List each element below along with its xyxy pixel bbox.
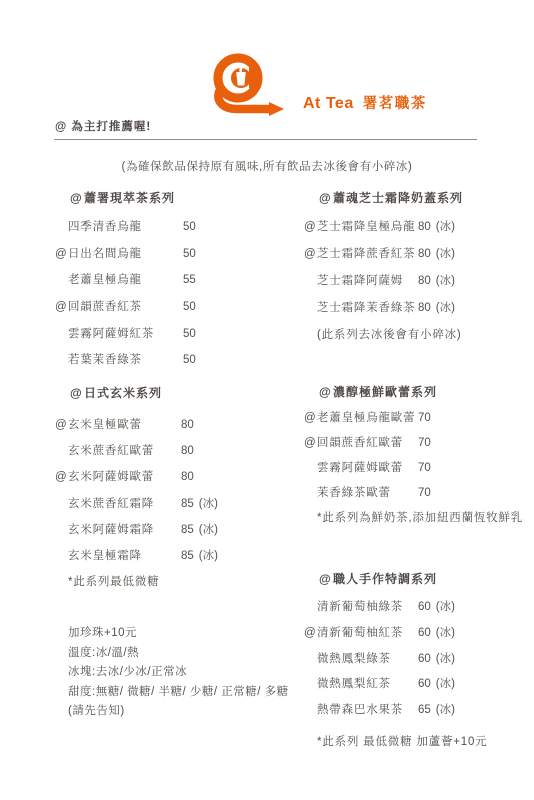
option-sweetness: 甜度:無糖/ 微糖/ 半糖/ 少糖/ 正常糖/ 多糖 (55, 686, 335, 706)
item-ice-tag: (冰) (436, 627, 455, 640)
item-price: 85 (181, 550, 194, 563)
menu-item-row: 雲霧阿薩姆紅茶 50 (55, 328, 303, 355)
menu-item-row: @ 玄米阿薩姆歐蕾 80 (55, 471, 303, 497)
item-name: 玄米蔗香紅歐蕾 (68, 445, 154, 457)
item-name: 茉香綠茶歐蕾 (317, 487, 391, 499)
featured-at-marker: @ (304, 412, 316, 425)
item-price: 80 (181, 419, 194, 432)
item-name: 雲霧阿薩姆歐蕾 (317, 462, 403, 474)
item-price: 65 (418, 704, 431, 717)
featured-at-marker: @ (55, 301, 67, 314)
brand-name-zh: 署茗職茶 (363, 92, 427, 113)
customization-options: 加珍珠+10元 溫度:冰/溫/熱 冰塊:去冰/少冰/正常冰 甜度:無糖/ 微糖/… (55, 627, 335, 725)
item-price: 50 (183, 221, 196, 234)
item-price: 50 (183, 301, 196, 314)
option-ice: 冰塊:去冰/少冰/正常冰 (55, 666, 335, 686)
item-name: 回韻蔗香紅歐蕾 (317, 437, 403, 449)
item-price: 85 (181, 524, 194, 537)
item-name: 老蕭皇極烏龍 (68, 274, 142, 286)
item-price: 60 (418, 653, 431, 666)
item-name: 玄米皇極歐蕾 (68, 419, 142, 431)
item-price: 50 (183, 328, 196, 341)
item-ice-tag: (冰) (436, 678, 455, 691)
menu-item-row: 四季清香烏龍 50 (55, 221, 303, 248)
item-ice-tag: (冰) (436, 704, 455, 717)
brand-name-en: At Tea (303, 95, 354, 113)
item-ice-tag: (冰) (436, 248, 455, 261)
menu-item-row: 玄米阿薩姆霜降 85(冰) (55, 524, 303, 550)
item-price: 55 (183, 274, 196, 287)
item-name: 芝士霜降蔗香紅茶 (317, 248, 415, 260)
item-name: 若葉茉香綠茶 (68, 354, 142, 366)
section-title: @日式玄米系列 (55, 387, 303, 400)
item-price: 80 (181, 471, 194, 484)
item-price: 85 (181, 498, 194, 511)
brand-name: At Tea 署茗職茶 (303, 92, 427, 113)
item-price: 80 (181, 445, 194, 458)
menu-item-row: 清新葡萄柚綠茶 60(冰) (304, 601, 534, 627)
featured-at-marker: @ (319, 192, 333, 205)
item-name: 四季清香烏龍 (68, 221, 142, 233)
item-name: 清新葡萄柚綠茶 (317, 601, 403, 613)
menu-item-row: 玄米皇極霜降 85(冰) (55, 550, 303, 576)
menu-item-row: @ 清新葡萄柚紅茶 60(冰) (304, 627, 534, 653)
item-price: 70 (418, 462, 431, 475)
item-ice-tag: (冰) (436, 653, 455, 666)
item-price: 50 (183, 248, 196, 261)
section-note: *此系列為鮮奶茶,添加紐西蘭恆牧鮮乳 (304, 512, 534, 525)
item-ice-tag: (冰) (199, 550, 218, 563)
item-price: 70 (418, 487, 431, 500)
featured-at-marker: @ (70, 387, 84, 400)
item-name: 玄米蔗香紅霜降 (68, 498, 154, 510)
divider-line (54, 139, 477, 140)
menu-item-row: 微熱鳳梨紅茶 60(冰) (304, 678, 534, 704)
option-temperature: 溫度:冰/溫/熱 (55, 647, 335, 667)
item-price: 70 (418, 412, 431, 425)
menu-item-row: @ 日出名間烏龍 50 (55, 248, 303, 275)
item-price: 70 (418, 437, 431, 450)
section-handcraft-special: @職人手作特調系列 清新葡萄柚綠茶 60(冰) @ 清新葡萄柚紅茶 60(冰) … (304, 573, 534, 749)
menu-item-row: 微熱鳳梨綠茶 60(冰) (304, 653, 534, 679)
menu-item-row: @ 芝士霜降蔗香紅茶 80(冰) (304, 248, 534, 275)
item-price: 50 (183, 354, 196, 367)
item-name: 老蕭皇極烏龍歐蕾 (317, 412, 415, 424)
menu-page: { "colors": { "brand_orange": "#E8600B",… (0, 0, 534, 800)
menu-item-row: @ 老蕭皇極烏龍歐蕾 70 (304, 412, 534, 437)
featured-at-marker: @ (55, 471, 67, 484)
item-ice-tag: (冰) (436, 302, 455, 315)
item-name: 回韻蔗香紅茶 (68, 301, 142, 313)
section-note: *此系列最低微糖 (55, 576, 303, 589)
menu-item-row: @ 芝士霜降皇極烏龍 80(冰) (304, 221, 534, 248)
featured-at-marker: @ (304, 221, 316, 234)
menu-item-row: 雲霧阿薩姆歐蕾 70 (304, 462, 534, 487)
menu-item-row: 若葉茉香綠茶 50 (55, 354, 303, 381)
item-name: 芝士霜降阿薩姆 (317, 275, 403, 287)
item-name: 玄米皇極霜降 (68, 550, 142, 562)
item-name: 玄米阿薩姆霜降 (68, 524, 154, 536)
item-name: 芝士霜降茉香綠茶 (317, 302, 415, 314)
item-price: 80 (418, 275, 431, 288)
at-tea-logo-icon (210, 52, 294, 116)
menu-item-row: 玄米蔗香紅歐蕾 80 (55, 445, 303, 471)
section-note: *此系列 最低微糖 加蘆薈+10元 (304, 736, 534, 749)
menu-item-row: 茉香綠茶歐蕾 70 (304, 487, 534, 512)
item-price: 60 (418, 678, 431, 691)
section-title: @蕭署現萃茶系列 (55, 192, 303, 205)
section-fresh-brew-tea: @蕭署現萃茶系列 四季清香烏龍 50 @ 日出名間烏龍 50 老蕭皇極烏龍 55… (55, 192, 303, 381)
menu-item-row: 老蕭皇極烏龍 55 (55, 274, 303, 301)
option-notice: (請先告知) (55, 705, 335, 725)
featured-at-marker: @ (304, 248, 316, 261)
section-title: @職人手作特調系列 (304, 573, 534, 586)
featured-at-marker: @ (319, 386, 333, 399)
option-pearl: 加珍珠+10元 (55, 627, 335, 647)
item-price: 80 (418, 248, 431, 261)
item-ice-tag: (冰) (436, 601, 455, 614)
featured-legend: @ 為主打推薦喔! (55, 118, 151, 134)
menu-item-row: @ 玄米皇極歐蕾 80 (55, 419, 303, 445)
menu-item-row: 芝士霜降茉香綠茶 80(冰) (304, 302, 534, 329)
section-title: @蕭魂芝士霜降奶蓋系列 (304, 192, 534, 205)
featured-at-marker: @ (304, 437, 316, 450)
featured-at-marker: @ (319, 573, 333, 586)
item-ice-tag: (冰) (436, 221, 455, 234)
ice-notice: (為確保飲品保持原有風味,所有飲品去冰後會有小碎冰) (0, 158, 534, 174)
menu-item-row: @ 回韻蔗香紅茶 50 (55, 301, 303, 328)
featured-at-marker: @ (55, 419, 67, 432)
item-price: 80 (418, 221, 431, 234)
section-cheese-foam: @蕭魂芝士霜降奶蓋系列 @ 芝士霜降皇極烏龍 80(冰) @ 芝士霜降蔗香紅茶 … (304, 192, 534, 342)
featured-at-marker: @ (55, 248, 67, 261)
item-ice-tag: (冰) (199, 498, 218, 511)
featured-at-marker: @ (70, 192, 84, 205)
item-ice-tag: (冰) (199, 524, 218, 537)
menu-item-row: 芝士霜降阿薩姆 80(冰) (304, 275, 534, 302)
menu-item-row: 玄米蔗香紅霜降 85(冰) (55, 498, 303, 524)
item-name: 雲霧阿薩姆紅茶 (68, 328, 154, 340)
item-name: 日出名間烏龍 (68, 248, 142, 260)
item-name: 芝士霜降皇極烏龍 (317, 221, 415, 233)
section-au-lait: @濃醇極鮮歐蕾系列 @ 老蕭皇極烏龍歐蕾 70 @ 回韻蔗香紅歐蕾 70 雲霧阿… (304, 386, 534, 525)
section-genmai: @日式玄米系列 @ 玄米皇極歐蕾 80 玄米蔗香紅歐蕾 80 @ 玄米阿薩姆歐蕾… (55, 387, 303, 589)
section-title: @濃醇極鮮歐蕾系列 (304, 386, 534, 399)
section-note: (此系列去冰後會有小碎冰) (304, 329, 534, 342)
item-price: 60 (418, 601, 431, 614)
menu-item-row: @ 回韻蔗香紅歐蕾 70 (304, 437, 534, 462)
item-name: 玄米阿薩姆歐蕾 (68, 471, 154, 483)
arrow-icon (269, 102, 284, 116)
menu-item-row: 熱帶森巴水果茶 65(冰) (304, 704, 534, 730)
item-price: 80 (418, 302, 431, 315)
item-price: 60 (418, 627, 431, 640)
item-ice-tag: (冰) (436, 275, 455, 288)
